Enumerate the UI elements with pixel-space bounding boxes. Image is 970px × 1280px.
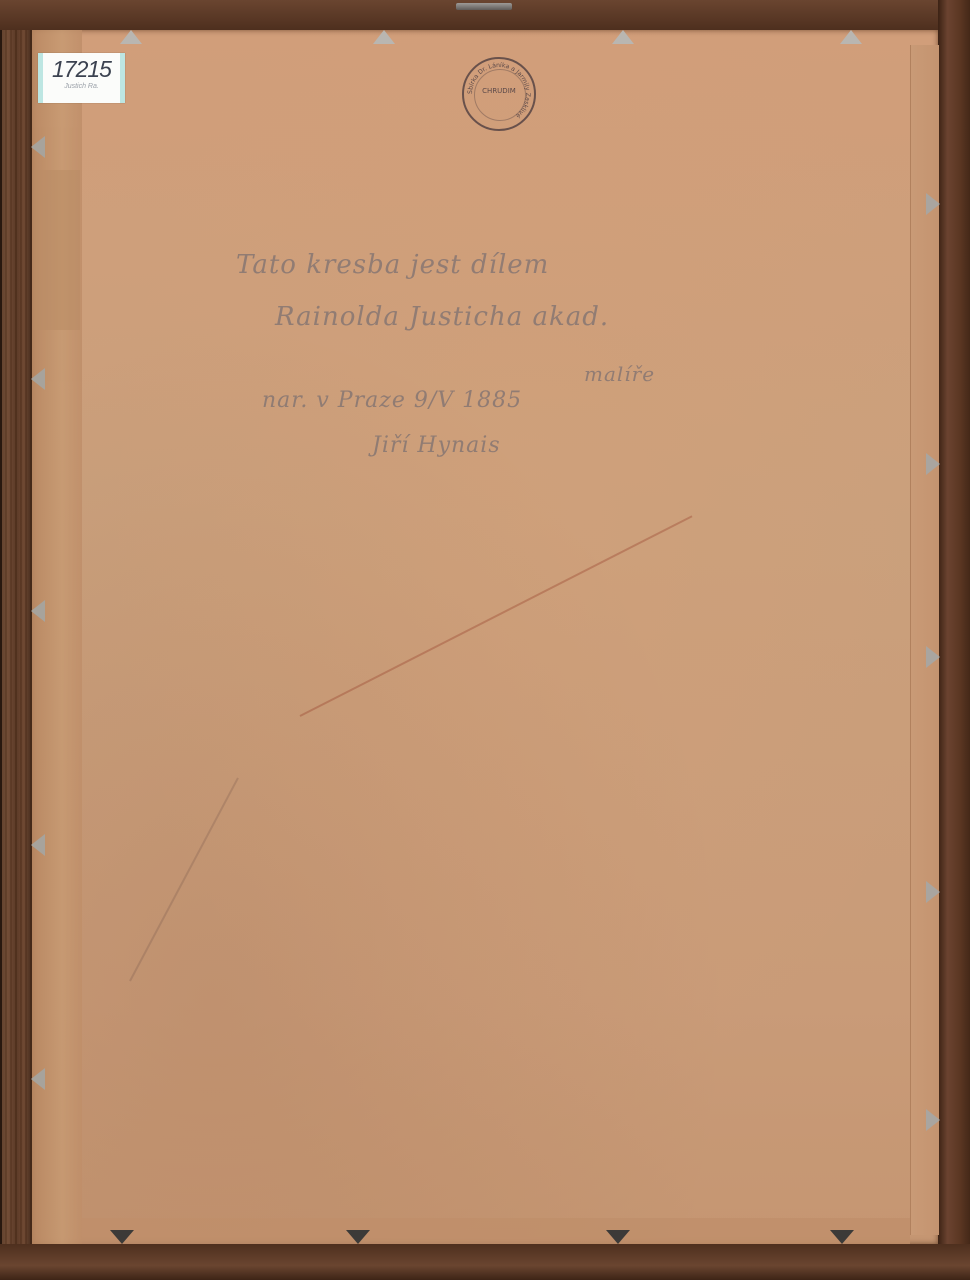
frame-clip-icon	[346, 1230, 370, 1244]
backing-bottom-strip	[82, 1218, 910, 1244]
frame-clip-icon	[606, 1230, 630, 1244]
frame-clip-icon	[926, 646, 940, 668]
frame-clip-icon	[31, 368, 45, 390]
hanging-hook	[456, 3, 512, 10]
frame-clip-icon	[926, 1109, 940, 1131]
inscription-line-3: malíře	[584, 362, 655, 386]
inventory-number: 17215	[43, 56, 120, 82]
backing-left-strip	[32, 30, 82, 1244]
frame-clip-icon	[31, 600, 45, 622]
backing-right-strip	[910, 45, 939, 1235]
frame-clip-icon	[926, 453, 940, 475]
cardboard-backing	[32, 30, 938, 1244]
inventory-label: 17215 Justich Ra.	[38, 53, 125, 103]
collection-stamp: Sbírka Dr. Láníka a Jarmily Zasklivé CHR…	[462, 57, 536, 131]
frame-clip-icon	[31, 1068, 45, 1090]
frame-bottom-rail	[0, 1244, 970, 1280]
frame-clip-icon	[840, 30, 862, 44]
inscription-line-1: Tato kresba jest dílem	[236, 250, 549, 280]
frame-clip-icon	[373, 30, 395, 44]
inventory-subtext: Justich Ra.	[43, 82, 120, 92]
frame-clip-icon	[830, 1230, 854, 1244]
inscription-line-2: Rainolda Justicha akad.	[275, 302, 609, 332]
frame-clip-icon	[120, 30, 142, 44]
inscription-signature: Jiří Hynais	[372, 433, 501, 458]
frame-clip-icon	[612, 30, 634, 44]
frame-clip-icon	[31, 136, 45, 158]
frame-clip-icon	[31, 834, 45, 856]
frame-clip-icon	[110, 1230, 134, 1244]
inscription-line-4: nar. v Praze 9/V 1885	[262, 388, 522, 413]
frame-clip-icon	[926, 193, 940, 215]
stamp-center-text: CHRUDIM	[464, 87, 534, 95]
frame-clip-icon	[926, 881, 940, 903]
frame-right-rail	[938, 0, 970, 1280]
